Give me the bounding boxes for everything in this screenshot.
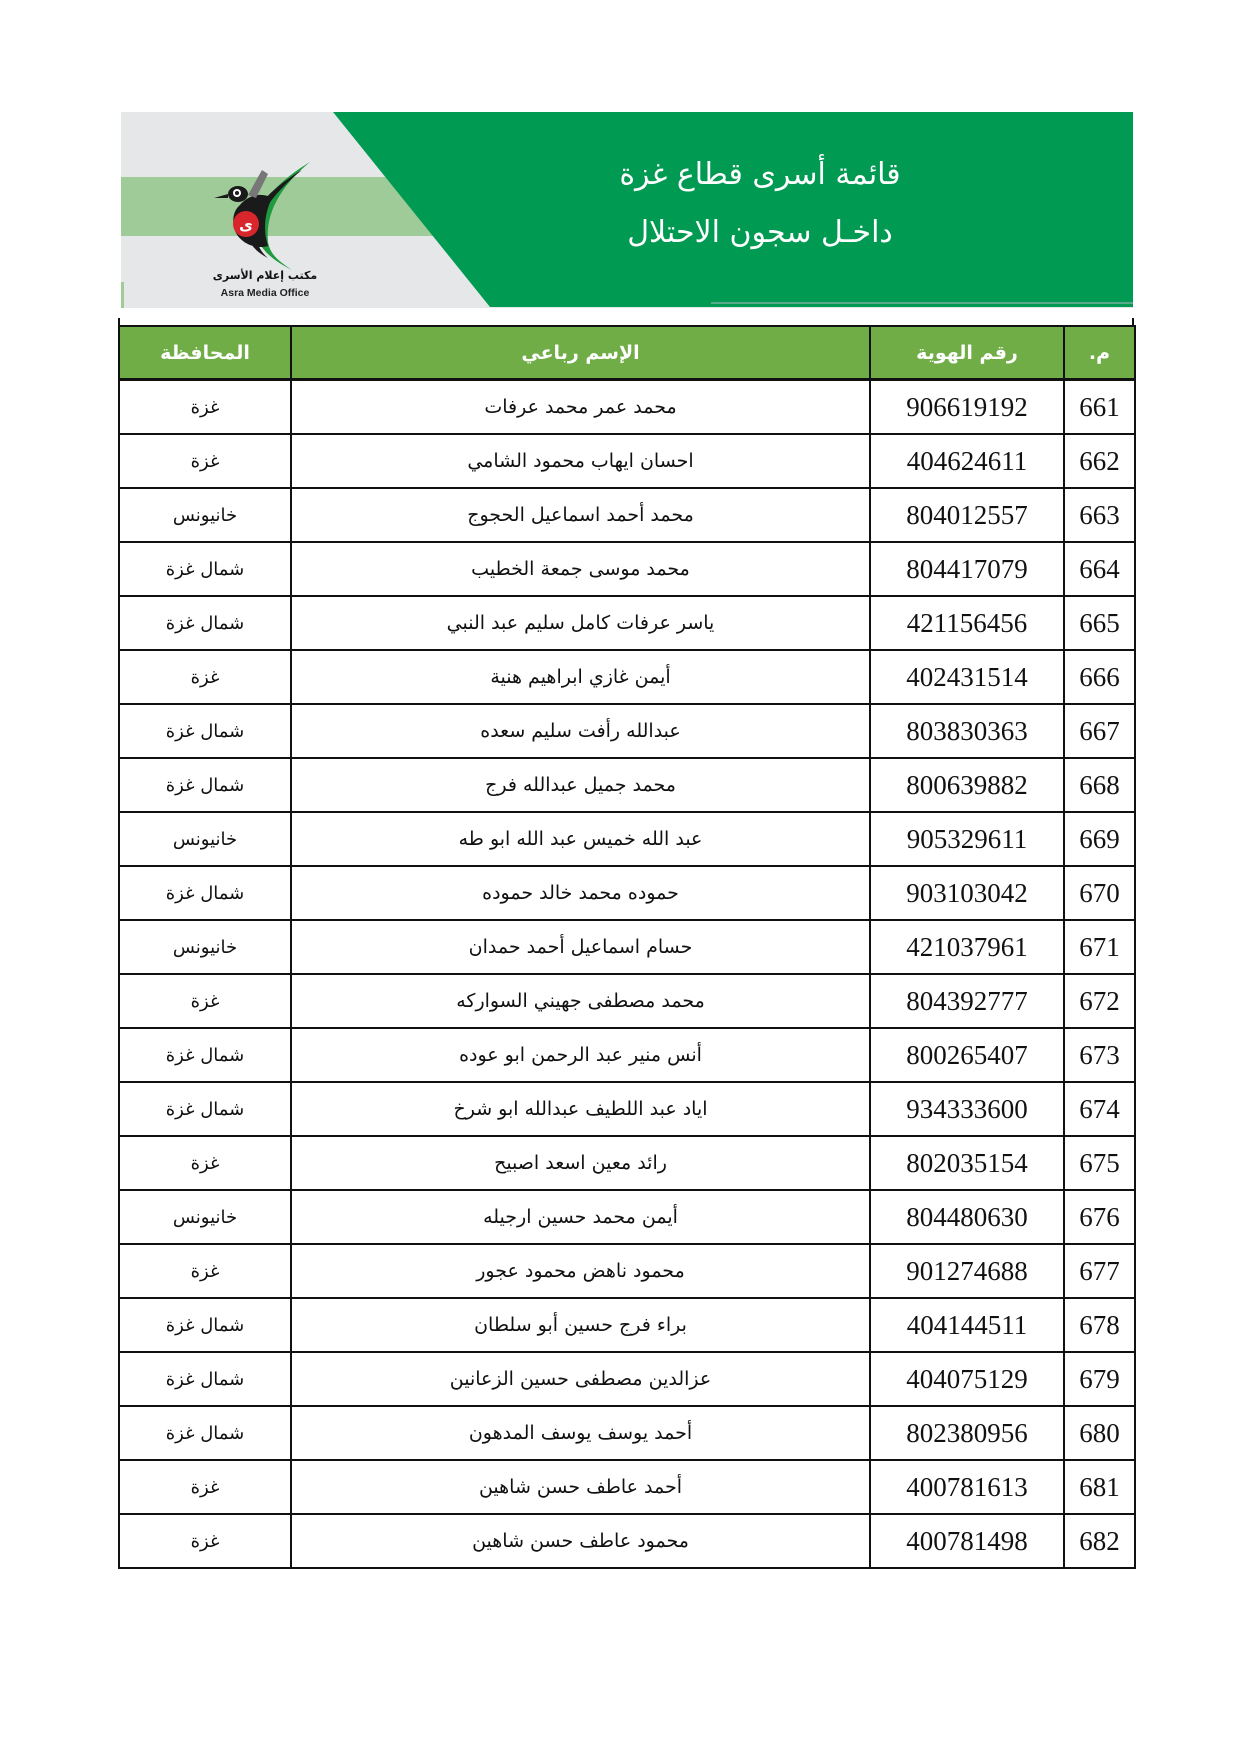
cell-governorate: شمال غزة: [119, 1028, 291, 1082]
cell-id: 404624611: [870, 434, 1064, 488]
cell-governorate: غزة: [119, 1136, 291, 1190]
cell-name: اياد عبد اللطيف عبدالله ابو شرخ: [291, 1082, 870, 1136]
cell-num: 674: [1064, 1082, 1135, 1136]
cell-name: عبد الله خميس عبد الله ابو طه: [291, 812, 870, 866]
cell-name: محمد أحمد اسماعيل الحجوج: [291, 488, 870, 542]
cell-name: أيمن محمد حسين ارجيله: [291, 1190, 870, 1244]
cell-id: 803830363: [870, 704, 1064, 758]
cell-name: أيمن غازي ابراهيم هنية: [291, 650, 870, 704]
logo-text-arabic: مكتب إعلام الأسرى: [205, 269, 325, 282]
table-row: 676804480630أيمن محمد حسين ارجيلهخانيونس: [119, 1190, 1135, 1244]
cell-name: رائد معين اسعد اصبيح: [291, 1136, 870, 1190]
cell-num: 669: [1064, 812, 1135, 866]
cell-governorate: غزة: [119, 434, 291, 488]
cell-num: 677: [1064, 1244, 1135, 1298]
cell-name: حموده محمد خالد حموده: [291, 866, 870, 920]
cell-name: ياسر عرفات كامل سليم عبد النبي: [291, 596, 870, 650]
cell-num: 671: [1064, 920, 1135, 974]
cell-governorate: شمال غزة: [119, 1352, 291, 1406]
cell-num: 662: [1064, 434, 1135, 488]
cell-num: 664: [1064, 542, 1135, 596]
cell-name: محمود ناهض محمود عجور: [291, 1244, 870, 1298]
cell-id: 901274688: [870, 1244, 1064, 1298]
cell-name: حسام اسماعيل أحمد حمدان: [291, 920, 870, 974]
cell-num: 680: [1064, 1406, 1135, 1460]
cell-id: 402431514: [870, 650, 1064, 704]
cell-num: 682: [1064, 1514, 1135, 1568]
cell-governorate: غزة: [119, 1460, 291, 1514]
table-row: 671421037961حسام اسماعيل أحمد حمدانخانيو…: [119, 920, 1135, 974]
cell-num: 665: [1064, 596, 1135, 650]
table-row: 665421156456ياسر عرفات كامل سليم عبد الن…: [119, 596, 1135, 650]
cell-id: 934333600: [870, 1082, 1064, 1136]
cell-num: 676: [1064, 1190, 1135, 1244]
table-row: 667803830363عبدالله رأفت سليم سعدهشمال غ…: [119, 704, 1135, 758]
column-header-name: الإسم رباعي: [291, 326, 870, 380]
cell-id: 400781498: [870, 1514, 1064, 1568]
cell-num: 666: [1064, 650, 1135, 704]
cell-id: 804417079: [870, 542, 1064, 596]
cell-id: 802380956: [870, 1406, 1064, 1460]
table-row: 661906619192محمد عمر محمد عرفاتغزة: [119, 380, 1135, 435]
page-subtitle: داخـل سجون الاحتلال: [560, 218, 960, 248]
svg-text:ى: ى: [239, 216, 253, 234]
cell-num: 668: [1064, 758, 1135, 812]
cell-name: أنس منير عبد الرحمن ابو عوده: [291, 1028, 870, 1082]
column-header-num: م.: [1064, 326, 1135, 380]
cell-name: محمد مصطفى جهيني السواركه: [291, 974, 870, 1028]
cell-name: أحمد يوسف يوسف المدهون: [291, 1406, 870, 1460]
cell-name: عبدالله رأفت سليم سعده: [291, 704, 870, 758]
cell-id: 421037961: [870, 920, 1064, 974]
cell-num: 681: [1064, 1460, 1135, 1514]
prisoners-table: م. رقم الهوية الإسم رباعي المحافظة 66190…: [118, 325, 1136, 1569]
cell-governorate: غزة: [119, 650, 291, 704]
bird-logo-icon: ى: [210, 150, 320, 275]
cell-num: 661: [1064, 380, 1135, 435]
table-row: 670903103042حموده محمد خالد حمودهشمال غز…: [119, 866, 1135, 920]
cell-name: أحمد عاطف حسن شاهين: [291, 1460, 870, 1514]
cell-num: 678: [1064, 1298, 1135, 1352]
column-header-governorate: المحافظة: [119, 326, 291, 380]
cell-name: محمد جميل عبدالله فرج: [291, 758, 870, 812]
cell-id: 906619192: [870, 380, 1064, 435]
cell-governorate: خانيونس: [119, 812, 291, 866]
cell-name: براء فرج حسين أبو سلطان: [291, 1298, 870, 1352]
table-row: 681400781613أحمد عاطف حسن شاهينغزة: [119, 1460, 1135, 1514]
cell-id: 404075129: [870, 1352, 1064, 1406]
cell-governorate: شمال غزة: [119, 1082, 291, 1136]
cell-governorate: شمال غزة: [119, 596, 291, 650]
column-header-id: رقم الهوية: [870, 326, 1064, 380]
cell-name: محمود عاطف حسن شاهين: [291, 1514, 870, 1568]
table-row: 668800639882محمد جميل عبدالله فرجشمال غز…: [119, 758, 1135, 812]
cell-governorate: شمال غزة: [119, 542, 291, 596]
table-row: 673800265407أنس منير عبد الرحمن ابو عوده…: [119, 1028, 1135, 1082]
cell-governorate: شمال غزة: [119, 704, 291, 758]
cell-name: محمد موسى جمعة الخطيب: [291, 542, 870, 596]
cell-id: 905329611: [870, 812, 1064, 866]
cell-id: 800639882: [870, 758, 1064, 812]
cell-governorate: شمال غزة: [119, 758, 291, 812]
table-row: 664804417079محمد موسى جمعة الخطيبشمال غز…: [119, 542, 1135, 596]
cell-governorate: خانيونس: [119, 1190, 291, 1244]
page-title: قائمة أسرى قطاع غزة: [560, 160, 960, 190]
cell-num: 663: [1064, 488, 1135, 542]
table-row: 672804392777محمد مصطفى جهيني السواركهغزة: [119, 974, 1135, 1028]
cell-num: 667: [1064, 704, 1135, 758]
cell-governorate: غزة: [119, 380, 291, 435]
cell-num: 672: [1064, 974, 1135, 1028]
cell-id: 800265407: [870, 1028, 1064, 1082]
banner-underline: [711, 302, 1133, 304]
cell-governorate: غزة: [119, 1514, 291, 1568]
cell-num: 673: [1064, 1028, 1135, 1082]
cell-governorate: شمال غزة: [119, 1298, 291, 1352]
cell-governorate: شمال غزة: [119, 1406, 291, 1460]
cell-id: 804012557: [870, 488, 1064, 542]
table-row: 678404144511براء فرج حسين أبو سلطانشمال …: [119, 1298, 1135, 1352]
table-row: 663804012557محمد أحمد اسماعيل الحجوجخاني…: [119, 488, 1135, 542]
table-header-row: م. رقم الهوية الإسم رباعي المحافظة: [119, 326, 1135, 380]
cell-id: 903103042: [870, 866, 1064, 920]
cell-id: 804480630: [870, 1190, 1064, 1244]
table-row: 674934333600اياد عبد اللطيف عبدالله ابو …: [119, 1082, 1135, 1136]
table-row: 669905329611عبد الله خميس عبد الله ابو ط…: [119, 812, 1135, 866]
table-row: 666402431514أيمن غازي ابراهيم هنيةغزة: [119, 650, 1135, 704]
table-row: 675802035154رائد معين اسعد اصبيحغزة: [119, 1136, 1135, 1190]
cell-num: 675: [1064, 1136, 1135, 1190]
cell-num: 670: [1064, 866, 1135, 920]
cell-governorate: خانيونس: [119, 488, 291, 542]
cell-id: 400781613: [870, 1460, 1064, 1514]
cell-governorate: خانيونس: [119, 920, 291, 974]
cell-name: احسان ايهاب محمود الشامي: [291, 434, 870, 488]
logo-text-english: Asra Media Office: [205, 287, 325, 299]
cell-governorate: شمال غزة: [119, 866, 291, 920]
cell-governorate: غزة: [119, 1244, 291, 1298]
table-row: 662404624611احسان ايهاب محمود الشاميغزة: [119, 434, 1135, 488]
table-row: 677901274688محمود ناهض محمود عجورغزة: [119, 1244, 1135, 1298]
cell-name: محمد عمر محمد عرفات: [291, 380, 870, 435]
cell-name: عزالدين مصطفى حسين الزعانين: [291, 1352, 870, 1406]
cell-num: 679: [1064, 1352, 1135, 1406]
table-row: 679404075129عزالدين مصطفى حسين الزعانينش…: [119, 1352, 1135, 1406]
cell-id: 804392777: [870, 974, 1064, 1028]
cell-governorate: غزة: [119, 974, 291, 1028]
table-row: 682400781498محمود عاطف حسن شاهينغزة: [119, 1514, 1135, 1568]
cell-id: 404144511: [870, 1298, 1064, 1352]
table-row: 680802380956أحمد يوسف يوسف المدهونشمال غ…: [119, 1406, 1135, 1460]
cell-id: 802035154: [870, 1136, 1064, 1190]
cell-id: 421156456: [870, 596, 1064, 650]
